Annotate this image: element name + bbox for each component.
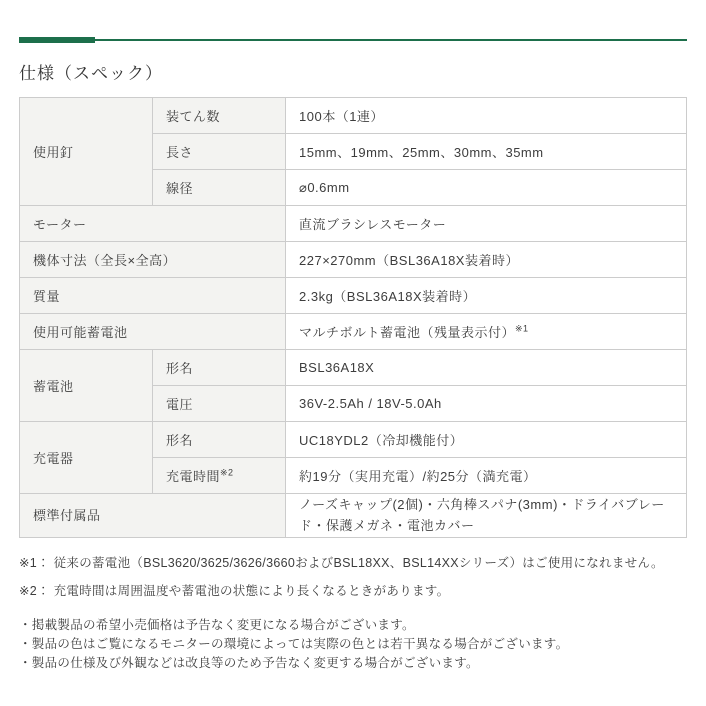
spec-label-usable-battery: 使用可能蓄電池 (20, 314, 286, 350)
usable-battery-text: マルチボルト蓄電池（残量表示付） (299, 325, 515, 340)
spec-page: 仕様（スペック） 使用釘 装てん数 100本（1連） 長さ 15mm、19mm、… (0, 0, 706, 673)
disclaimer-price: ・掲載製品の希望小売価格は予告なく変更になる場合がございます。 (19, 616, 687, 635)
disclaimer-color: ・製品の色はご覧になるモニターの環境によっては実際の色とは若干異なる場合がござい… (19, 635, 687, 654)
spec-value-length: 15mm、19mm、25mm、30mm、35mm (286, 134, 687, 170)
spec-label-diameter: 線径 (153, 170, 286, 206)
spec-label-charge-time: 充電時間※2 (153, 458, 286, 494)
spec-table: 使用釘 装てん数 100本（1連） 長さ 15mm、19mm、25mm、30mm… (19, 97, 687, 538)
spec-label-accessories: 標準付属品 (20, 494, 286, 538)
spec-value-accessories: ノーズキャップ(2個)・六角棒スパナ(3mm)・ドライバブレード・保護メガネ・電… (286, 494, 687, 538)
footnotes: ※1： 従来の蓄電池（BSL3620/3625/3626/3660およびBSL1… (19, 555, 687, 599)
spec-value-usable-battery: マルチボルト蓄電池（残量表示付）※1 (286, 314, 687, 350)
spec-value-load-count: 100本（1連） (286, 98, 687, 134)
spec-label-battery-voltage: 電圧 (153, 386, 286, 422)
spec-label-load-count: 装てん数 (153, 98, 286, 134)
spec-label-charger-model: 形名 (153, 422, 286, 458)
spec-value-weight: 2.3kg（BSL36A18X装着時） (286, 278, 687, 314)
spec-row-load-count: 使用釘 装てん数 100本（1連） (20, 98, 687, 134)
page-title: 仕様（スペック） (19, 59, 687, 84)
spec-label-motor: モーター (20, 206, 286, 242)
footnote-2: ※2： 充電時間は周囲温度や蓄電池の状態により長くなるときがあります。 (19, 583, 687, 599)
spec-value-charger-model: UC18YDL2（冷却機能付） (286, 422, 687, 458)
spec-group-nails: 使用釘 (20, 98, 153, 206)
spec-row-motor: モーター 直流ブラシレスモーター (20, 206, 687, 242)
spec-label-length: 長さ (153, 134, 286, 170)
footnote-ref-1: ※1 (515, 324, 529, 334)
charge-time-text: 充電時間 (166, 469, 220, 484)
footnote-ref-2: ※2 (220, 468, 234, 478)
spec-group-battery: 蓄電池 (20, 350, 153, 422)
spec-value-charge-time: 約19分（実用充電）/約25分（満充電） (286, 458, 687, 494)
spec-label-dimensions: 機体寸法（全長×全高） (20, 242, 286, 278)
spec-row-battery-model: 蓄電池 形名 BSL36A18X (20, 350, 687, 386)
disclaimer-design: ・製品の仕様及び外観などは改良等のため予告なく変更する場合がございます。 (19, 654, 687, 673)
spec-label-battery-model: 形名 (153, 350, 286, 386)
spec-value-battery-voltage: 36V-2.5Ah / 18V-5.0Ah (286, 386, 687, 422)
spec-row-dimensions: 機体寸法（全長×全高） 227×270mm（BSL36A18X装着時） (20, 242, 687, 278)
spec-value-diameter: ⌀0.6mm (286, 170, 687, 206)
spec-row-charger-model: 充電器 形名 UC18YDL2（冷却機能付） (20, 422, 687, 458)
spec-group-charger: 充電器 (20, 422, 153, 494)
accent-thin-line (19, 39, 687, 41)
footnote-1: ※1： 従来の蓄電池（BSL3620/3625/3626/3660およびBSL1… (19, 555, 687, 571)
spec-row-weight: 質量 2.3kg（BSL36A18X装着時） (20, 278, 687, 314)
spec-value-dimensions: 227×270mm（BSL36A18X装着時） (286, 242, 687, 278)
spec-value-battery-model: BSL36A18X (286, 350, 687, 386)
accent-thick-bar (19, 37, 95, 43)
spec-row-accessories: 標準付属品 ノーズキャップ(2個)・六角棒スパナ(3mm)・ドライバブレード・保… (20, 494, 687, 538)
disclaimers: ・掲載製品の希望小売価格は予告なく変更になる場合がございます。 ・製品の色はご覧… (19, 616, 687, 673)
accent-rule (19, 37, 687, 43)
spec-label-weight: 質量 (20, 278, 286, 314)
spec-value-motor: 直流ブラシレスモーター (286, 206, 687, 242)
spec-row-usable-battery: 使用可能蓄電池 マルチボルト蓄電池（残量表示付）※1 (20, 314, 687, 350)
